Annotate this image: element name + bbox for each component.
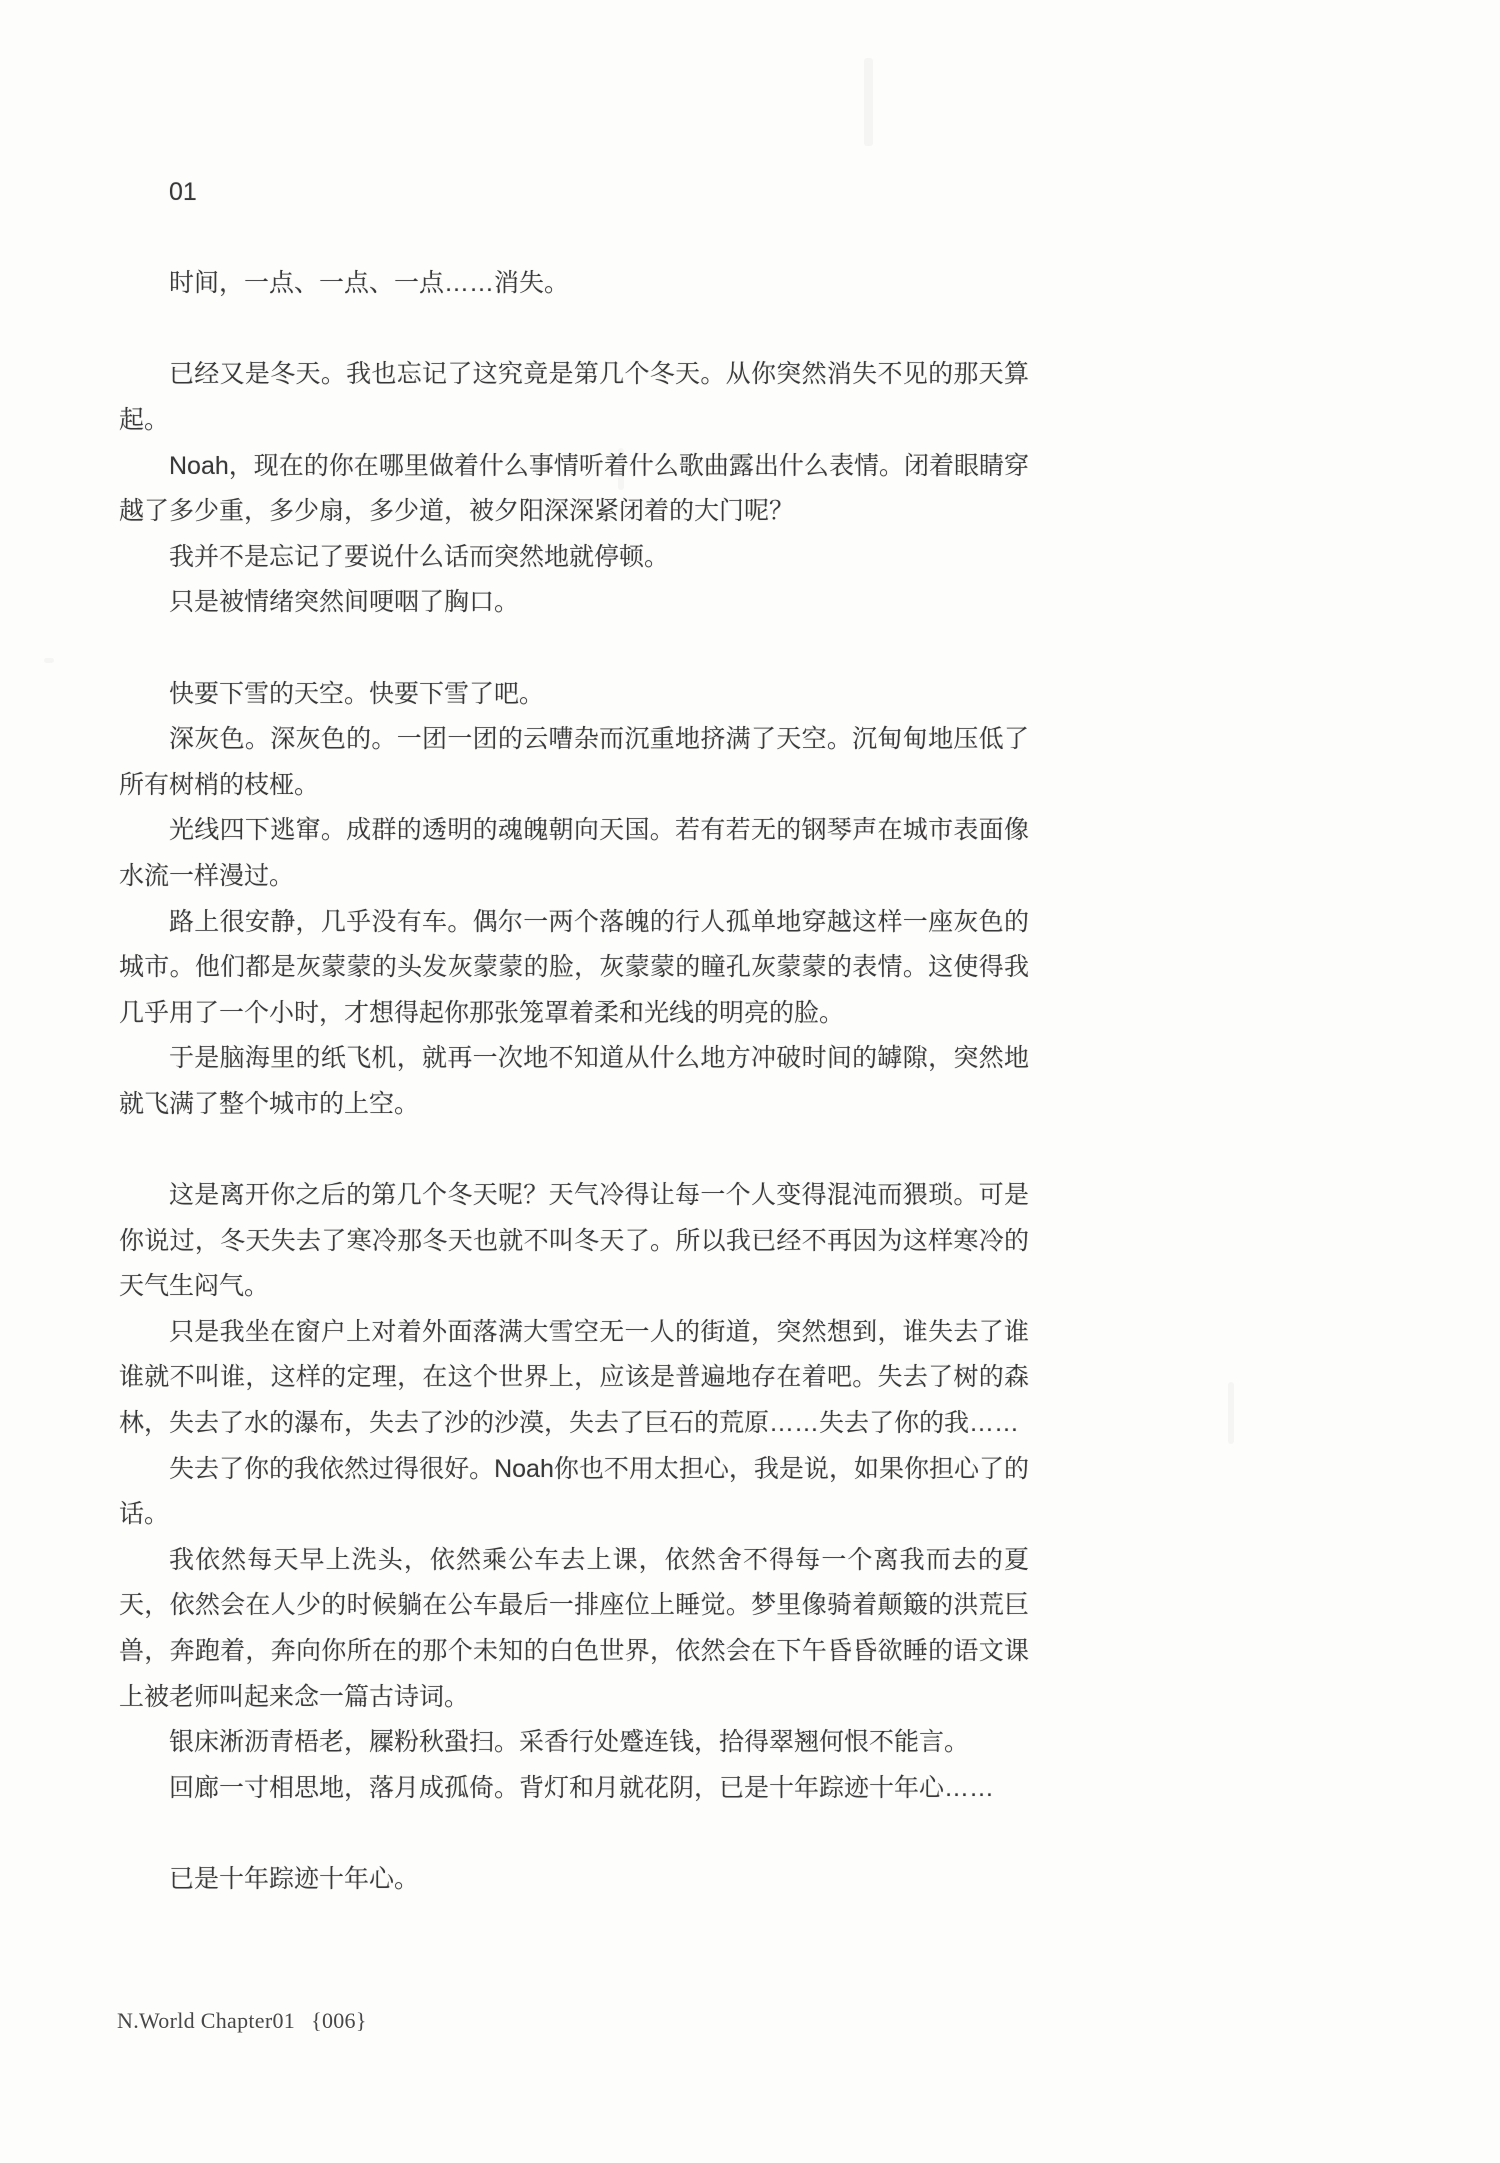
paragraph: 于是脑海里的纸飞机，就再一次地不知道从什么地方冲破时间的罅隙，突然地就飞满了整个… <box>119 1036 1029 1127</box>
paragraph: 回廊一寸相思地，落月成孤倚。背灯和月就花阴，已是十年踪迹十年心…… <box>119 1766 1029 1812</box>
paragraph: 银床淅沥青梧老，屧粉秋蛩扫。采香行处蹙连钱，拾得翠翘何恨不能言。 <box>119 1720 1029 1766</box>
page-footer: N.World Chapter01{006} <box>117 2006 367 2036</box>
paragraph: 路上很安静，几乎没有车。偶尔一两个落魄的行人孤单地穿越这样一座灰色的城市。他们都… <box>119 900 1029 1037</box>
page-body: 01 时间，一点、一点、一点……消失。已经又是冬天。我也忘记了这究竟是第几个冬天… <box>119 170 1029 1903</box>
paragraph: 时间，一点、一点、一点……消失。 <box>119 261 1029 307</box>
book-page: 01 时间，一点、一点、一点……消失。已经又是冬天。我也忘记了这究竟是第几个冬天… <box>0 0 1500 2163</box>
paragraph: 这是离开你之后的第几个冬天呢？天气冷得让每一个人变得混沌而猥琐。可是你说过，冬天… <box>119 1173 1029 1310</box>
paragraph: 我依然每天早上洗头，依然乘公车去上课，依然舍不得每一个离我而去的夏天，依然会在人… <box>119 1538 1029 1720</box>
scan-artifact <box>1228 1382 1234 1444</box>
paragraph: 已是十年踪迹十年心。 <box>119 1857 1029 1903</box>
scan-artifact <box>618 448 624 490</box>
paragraph: 深灰色。深灰色的。一团一团的云嘈杂而沉重地挤满了天空。沉甸甸地压低了所有树梢的枝… <box>119 717 1029 808</box>
chapter-number: 01 <box>119 170 1029 216</box>
paragraph: 快要下雪的天空。快要下雪了吧。 <box>119 672 1029 718</box>
paragraph: 已经又是冬天。我也忘记了这究竟是第几个冬天。从你突然消失不见的那天算起。 <box>119 352 1029 443</box>
paragraph: 失去了你的我依然过得很好。Noah你也不用太担心，我是说，如果你担心了的话。 <box>119 1447 1029 1538</box>
footer-page-number: {006} <box>311 2008 367 2033</box>
scan-artifact <box>864 58 873 146</box>
paragraph: 只是被情绪突然间哽咽了胸口。 <box>119 580 1029 626</box>
paragraph: 我并不是忘记了要说什么话而突然地就停顿。 <box>119 535 1029 581</box>
footer-chapter-label: N.World Chapter01 <box>117 2008 295 2033</box>
paragraph: 只是我坐在窗户上对着外面落满大雪空无一人的街道，突然想到，谁失去了谁谁就不叫谁，… <box>119 1310 1029 1447</box>
scan-artifact <box>44 658 54 663</box>
paragraph: Noah，现在的你在哪里做着什么事情听着什么歌曲露出什么表情。闭着眼睛穿越了多少… <box>119 444 1029 535</box>
paragraph: 光线四下逃窜。成群的透明的魂魄朝向天国。若有若无的钢琴声在城市表面像水流一样漫过… <box>119 808 1029 899</box>
